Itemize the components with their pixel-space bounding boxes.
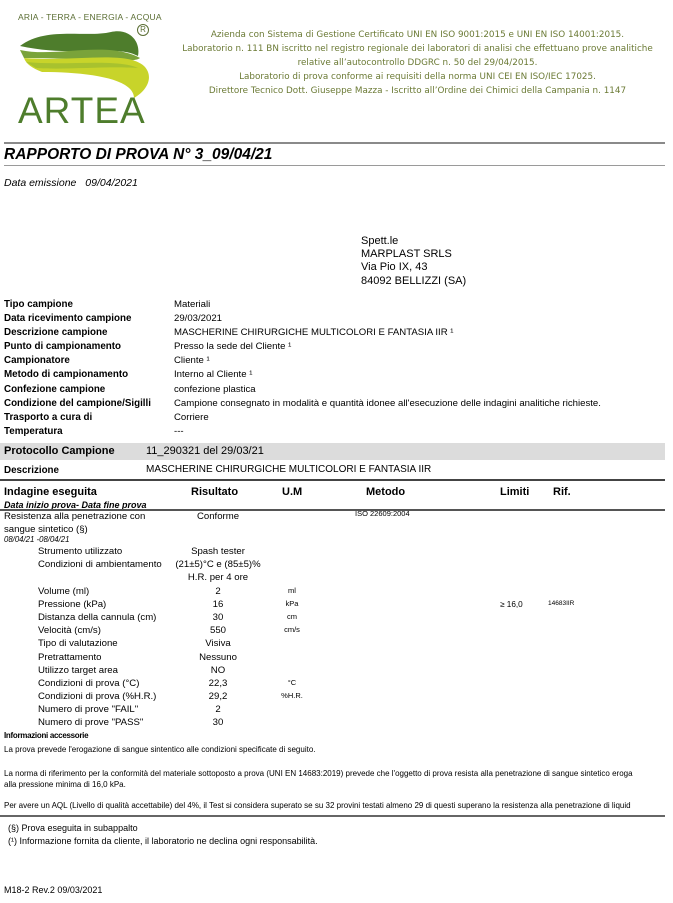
parameter-value: 550 xyxy=(168,624,268,637)
cert-line: Laboratorio di prova conforme ai requisi… xyxy=(165,70,670,84)
recipient-salutation: Spett.le xyxy=(361,235,466,248)
header-unit: U.M xyxy=(282,486,302,498)
cert-line: Azienda con Sistema di Gestione Certific… xyxy=(165,28,670,42)
cert-line: Direttore Tecnico Dott. Giuseppe Mazza -… xyxy=(165,84,670,98)
parameter-row: H.R. per 4 ore xyxy=(0,571,673,584)
parameter-name: Condizioni di prova (%H.R.) xyxy=(38,690,156,703)
header-result: Risultato xyxy=(191,486,238,498)
parameter-row: Tipo di valutazioneVisiva xyxy=(0,637,673,650)
parameter-name: Velocità (cm/s) xyxy=(38,624,101,637)
info-value: MASCHERINE CHIRURGICHE MULTICOLORI E FAN… xyxy=(174,326,454,340)
parameter-row: Condizioni di prova (%H.R.)29,2%H.R. xyxy=(0,690,673,703)
header-method: Metodo xyxy=(366,486,405,498)
info-label: Trasporto a cura di xyxy=(4,411,92,425)
title-bottom-rule xyxy=(4,165,665,166)
parameter-value: H.R. per 4 ore xyxy=(168,571,268,584)
test-name-line1: Resistenza alla penetrazione con xyxy=(4,510,145,523)
parameter-unit: kPa xyxy=(270,598,314,610)
emission-label: Data emissione xyxy=(4,177,76,189)
recipient-address: Spett.le MARPLAST SRLS Via Pio IX, 43 84… xyxy=(361,235,466,288)
parameter-row: Condizioni di prova (°C)22,3°C xyxy=(0,677,673,690)
logo-tagline: ARIA - TERRA - ENERGIA - ACQUA xyxy=(18,12,162,22)
artea-logo: ARIA - TERRA - ENERGIA - ACQUA R ARTEA xyxy=(8,8,178,128)
parameter-limit: ≥ 16,0 xyxy=(500,598,523,611)
protocol-bar: Protocollo Campione 11_290321 del 29/03/… xyxy=(0,443,665,460)
info-value: Interno al Cliente ¹ xyxy=(174,368,252,382)
parameter-row: Condizioni di ambientamento(21±5)°C e (8… xyxy=(0,558,673,571)
info-label: Temperatura xyxy=(4,425,63,439)
parameter-name: Numero di prove "PASS" xyxy=(38,716,143,729)
parameter-row: Numero di prove "FAIL"2 xyxy=(0,703,673,716)
parameter-value: NO xyxy=(168,664,268,677)
parameter-row: Strumento utilizzatoSpash tester xyxy=(0,545,673,558)
info-value: Presso la sede del Cliente ¹ xyxy=(174,340,291,354)
info-label: Metodo di campionamento xyxy=(4,368,128,382)
parameter-unit: cm xyxy=(270,611,314,623)
cert-line: relative all’autocontrollo DDGRC n. 50 d… xyxy=(165,56,670,70)
parameter-ref: 14683IIR xyxy=(548,598,574,610)
description-value: MASCHERINE CHIRURGICHE MULTICOLORI E FAN… xyxy=(146,462,431,477)
header-test: Indagine eseguita xyxy=(4,486,97,498)
test-dates: 08/04/21 -08/04/21 xyxy=(4,535,69,544)
test-result: Conforme xyxy=(168,510,268,523)
parameter-value: 16 xyxy=(168,598,268,611)
parameter-name: Volume (ml) xyxy=(38,585,89,598)
parameter-unit: %H.R. xyxy=(270,690,314,702)
parameter-list: Strumento utilizzatoSpash testerCondizio… xyxy=(0,545,673,730)
accessory-paragraph: La prova prevede l'erogazione di sangue … xyxy=(4,744,316,756)
accessory-info-title: Informazioni accessorie xyxy=(4,731,88,740)
parameter-value: 29,2 xyxy=(168,690,268,703)
parameter-value: 30 xyxy=(168,716,268,729)
logo-wordmark: ARTEA xyxy=(18,92,146,129)
parameter-value: 30 xyxy=(168,611,268,624)
protocol-description: Descrizione MASCHERINE CHIRURGICHE MULTI… xyxy=(4,462,664,477)
info-label: Punto di campionamento xyxy=(4,340,121,354)
parameter-value: 22,3 xyxy=(168,677,268,690)
recipient-street: Via Pio IX, 43 xyxy=(361,261,466,274)
info-value: Campione consegnato in modalità e quanti… xyxy=(174,397,601,411)
report-title: RAPPORTO DI PROVA N° 3_09/04/21 xyxy=(4,146,272,164)
document-revision: M18-2 Rev.2 09/03/2021 xyxy=(4,885,102,895)
parameter-value: (21±5)°C e (85±5)% xyxy=(168,558,268,571)
info-value: Cliente ¹ xyxy=(174,354,210,368)
emission-value: 09/04/2021 xyxy=(85,177,138,189)
parameter-name: Condizioni di prova (°C) xyxy=(38,677,139,690)
parameter-row: Velocità (cm/s)550cm/s xyxy=(0,624,673,637)
emission-date: Data emissione 09/04/2021 xyxy=(4,177,138,189)
parameter-row: Pressione (kPa)16kPa≥ 16,014683IIR xyxy=(0,598,673,611)
recipient-city: 84092 BELLIZZI (SA) xyxy=(361,275,466,288)
info-label: Condizione del campione/Sigilli xyxy=(4,397,151,411)
parameter-unit: ml xyxy=(270,585,314,597)
info-value: 29/03/2021 xyxy=(174,312,222,326)
parameter-name: Distanza della cannula (cm) xyxy=(38,611,156,624)
accessory-paragraph: La norma di riferimento per la conformit… xyxy=(4,768,633,780)
table-top-rule xyxy=(0,479,665,481)
recipient-company: MARPLAST SRLS xyxy=(361,248,466,261)
parameter-unit: cm/s xyxy=(270,624,314,636)
parameter-row: PretrattamentoNessuno xyxy=(0,651,673,664)
footnotes: (§) Prova eseguita in subappalto (¹) Inf… xyxy=(8,822,318,848)
parameter-value: 2 xyxy=(168,585,268,598)
header-limits: Limiti xyxy=(500,486,529,498)
parameter-unit: °C xyxy=(270,677,314,689)
info-label: Tipo campione xyxy=(4,298,73,312)
parameter-value: 2 xyxy=(168,703,268,716)
parameter-name: Strumento utilizzato xyxy=(38,545,122,558)
parameter-name: Pretrattamento xyxy=(38,651,101,664)
parameter-value: Nessuno xyxy=(168,651,268,664)
parameter-row: Volume (ml)2ml xyxy=(0,585,673,598)
accessory-paragraph: Per avere un AQL (Livello di qualità acc… xyxy=(4,800,631,812)
parameter-name: Utilizzo target area xyxy=(38,664,118,677)
parameter-name: Numero di prove "FAIL" xyxy=(38,703,138,716)
info-value: Materiali xyxy=(174,298,210,312)
protocol-value: 11_290321 del 29/03/21 xyxy=(146,443,264,460)
info-label: Campionatore xyxy=(4,354,70,368)
parameter-name: Condizioni di ambientamento xyxy=(38,558,162,571)
accessory-paragraph: alla pressione minima di 16,0 kPa. xyxy=(4,779,126,791)
title-top-rule xyxy=(4,142,665,144)
test-method: ISO 22609:2004 xyxy=(355,509,410,518)
info-value: Corriere xyxy=(174,411,209,425)
info-label: Descrizione campione xyxy=(4,326,107,340)
parameter-name: Tipo di valutazione xyxy=(38,637,118,650)
info-label: Confezione campione xyxy=(4,383,105,397)
description-label: Descrizione xyxy=(4,463,59,478)
parameter-row: Distanza della cannula (cm)30cm xyxy=(0,611,673,624)
footnote-subcontract: (§) Prova eseguita in subappalto xyxy=(8,822,318,835)
info-value: confezione plastica xyxy=(174,383,256,397)
cert-line: Laboratorio n. 111 BN iscritto nel regis… xyxy=(165,42,670,56)
accessory-bottom-rule xyxy=(0,815,665,817)
footnote-client-info: (¹) Informazione fornita da cliente, il … xyxy=(8,835,318,848)
parameter-row: Utilizzo target areaNO xyxy=(0,664,673,677)
parameter-row: Numero di prove "PASS"30 xyxy=(0,716,673,729)
info-value: --- xyxy=(174,425,184,439)
protocol-label: Protocollo Campione xyxy=(4,443,115,460)
parameter-value: Spash tester xyxy=(168,545,268,558)
info-label: Data ricevimento campione xyxy=(4,312,131,326)
header-ref: Rif. xyxy=(553,486,571,498)
parameter-value: Visiva xyxy=(168,637,268,650)
parameter-name: Pressione (kPa) xyxy=(38,598,106,611)
certification-block: Azienda con Sistema di Gestione Certific… xyxy=(165,28,670,98)
